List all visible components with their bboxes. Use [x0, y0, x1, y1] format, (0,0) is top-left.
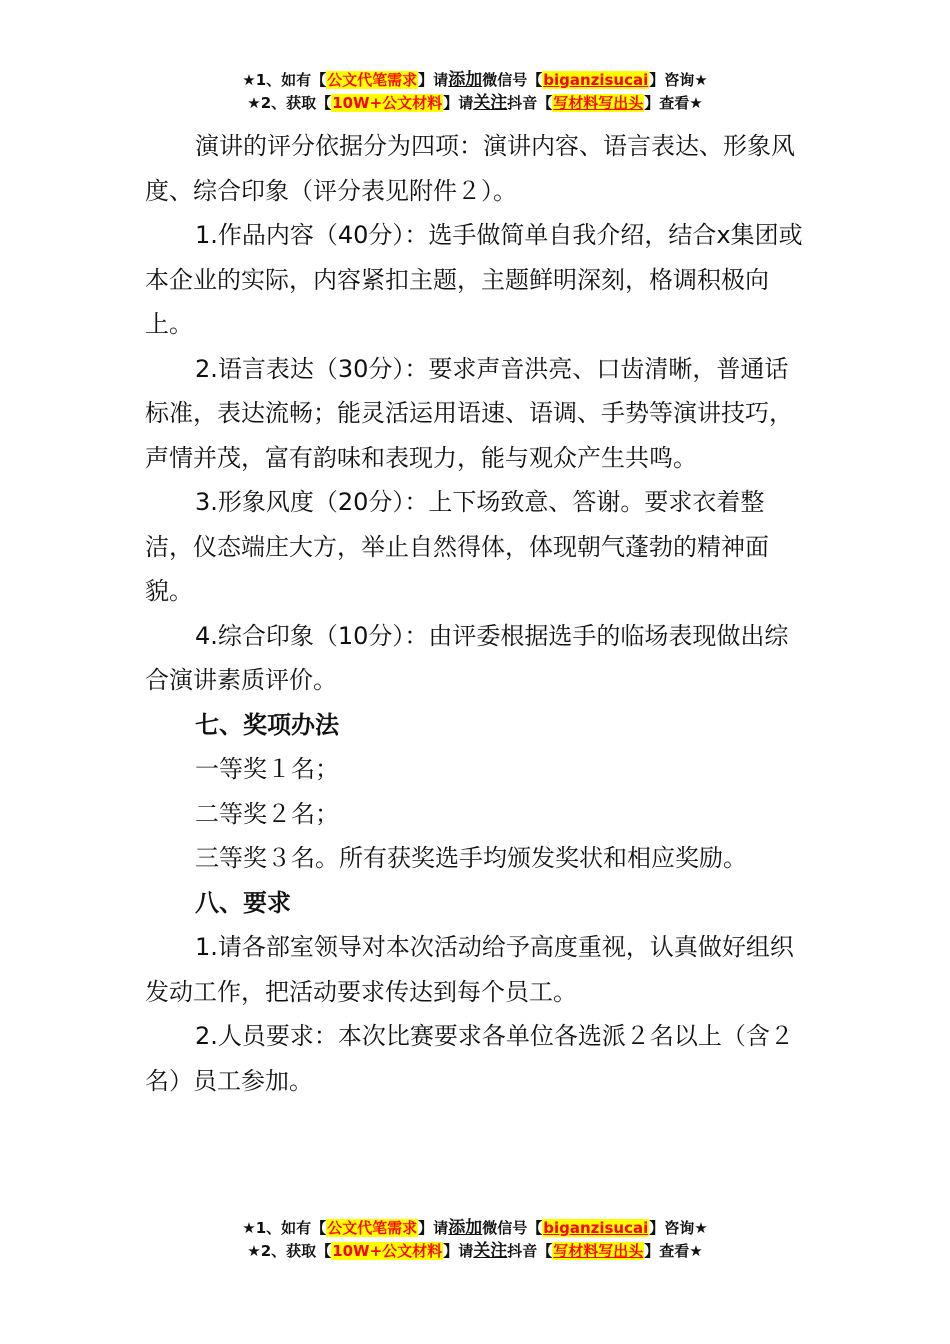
- paragraph-image-score: 3.形象风度（20分）：上下场致意、答谢。要求衣着整洁，仪态端庄大方，举止自然得…: [145, 480, 810, 614]
- header-banner-line-2: ★2、获取【10W+公文材料】请关注抖音【写材料写出头】查看★: [0, 92, 950, 115]
- douyin-id-highlight: 写材料写出头: [552, 1242, 644, 1260]
- paragraph-third-prize: 三等奖３名。所有获奖选手均颁发奖状和相应奖励。: [145, 836, 810, 881]
- banner-emphasis: 添加: [448, 70, 482, 90]
- banner-text: ★1、如有【: [242, 71, 326, 89]
- paragraph-first-prize: 一等奖１名；: [145, 747, 810, 792]
- banner-text: 】咨询★: [649, 71, 707, 89]
- banner-emphasis: 关注: [473, 93, 507, 113]
- banner-text: ★2、获取【: [247, 94, 331, 112]
- header-banner: ★1、如有【公文代笔需求】请添加微信号【biganzisucai】咨询★ ★2、…: [0, 69, 950, 115]
- section-heading-awards: 七、奖项办法: [145, 703, 810, 748]
- banner-highlight: 10W+公文材料: [331, 1242, 443, 1260]
- paragraph-scoring-criteria: 演讲的评分依据分为四项：演讲内容、语言表达、形象风度、综合印象（评分表见附件２）…: [145, 124, 810, 213]
- wechat-id-highlight: biganzisucai: [542, 71, 649, 89]
- section-heading-requirements: 八、要求: [145, 881, 810, 926]
- banner-text: 】查看★: [644, 94, 702, 112]
- banner-text: 】请: [443, 1242, 473, 1260]
- banner-highlight: 10W+公文材料: [331, 94, 443, 112]
- footer-banner-line-1: ★1、如有【公文代笔需求】请添加微信号【biganzisucai】咨询★: [0, 1217, 950, 1240]
- banner-highlight: 公文代笔需求: [326, 71, 418, 89]
- banner-text: 微信号【: [482, 1219, 542, 1237]
- banner-text: 】咨询★: [649, 1219, 707, 1237]
- paragraph-language-score: 2.语言表达（30分）：要求声音洪亮、口齿清晰，普通话标准，表达流畅；能灵活运用…: [145, 347, 810, 481]
- douyin-id-highlight: 写材料写出头: [552, 94, 644, 112]
- banner-text: 】请: [443, 94, 473, 112]
- banner-highlight: 公文代笔需求: [326, 1219, 418, 1237]
- wechat-id-highlight: biganzisucai: [542, 1219, 649, 1237]
- footer-banner: ★1、如有【公文代笔需求】请添加微信号【biganzisucai】咨询★ ★2、…: [0, 1217, 950, 1263]
- banner-text: 】查看★: [644, 1242, 702, 1260]
- paragraph-impression-score: 4.综合印象（10分）：由评委根据选手的临场表现做出综合演讲素质评价。: [145, 614, 810, 703]
- banner-text: ★1、如有【: [242, 1219, 326, 1237]
- footer-banner-line-2: ★2、获取【10W+公文材料】请关注抖音【写材料写出头】查看★: [0, 1240, 950, 1263]
- banner-text: 抖音【: [507, 1242, 552, 1260]
- banner-emphasis: 关注: [473, 1241, 507, 1261]
- paragraph-content-score: 1.作品内容（40分）：选手做简单自我介绍，结合x集团或本企业的实际，内容紧扣主…: [145, 213, 810, 347]
- paragraph-staffing-requirement: 2.人员要求：本次比赛要求各单位各选派２名以上（含２名）员工参加。: [145, 1014, 810, 1103]
- banner-text: 微信号【: [482, 71, 542, 89]
- document-body: 演讲的评分依据分为四项：演讲内容、语言表达、形象风度、综合印象（评分表见附件２）…: [145, 124, 810, 1103]
- paragraph-leadership-requirement: 1.请各部室领导对本次活动给予高度重视，认真做好组织发动工作，把活动要求传达到每…: [145, 925, 810, 1014]
- header-banner-line-1: ★1、如有【公文代笔需求】请添加微信号【biganzisucai】咨询★: [0, 69, 950, 92]
- banner-text: 抖音【: [507, 94, 552, 112]
- paragraph-second-prize: 二等奖２名；: [145, 792, 810, 837]
- banner-emphasis: 添加: [448, 1218, 482, 1238]
- banner-text: 】请: [418, 71, 448, 89]
- banner-text: 】请: [418, 1219, 448, 1237]
- banner-text: ★2、获取【: [247, 1242, 331, 1260]
